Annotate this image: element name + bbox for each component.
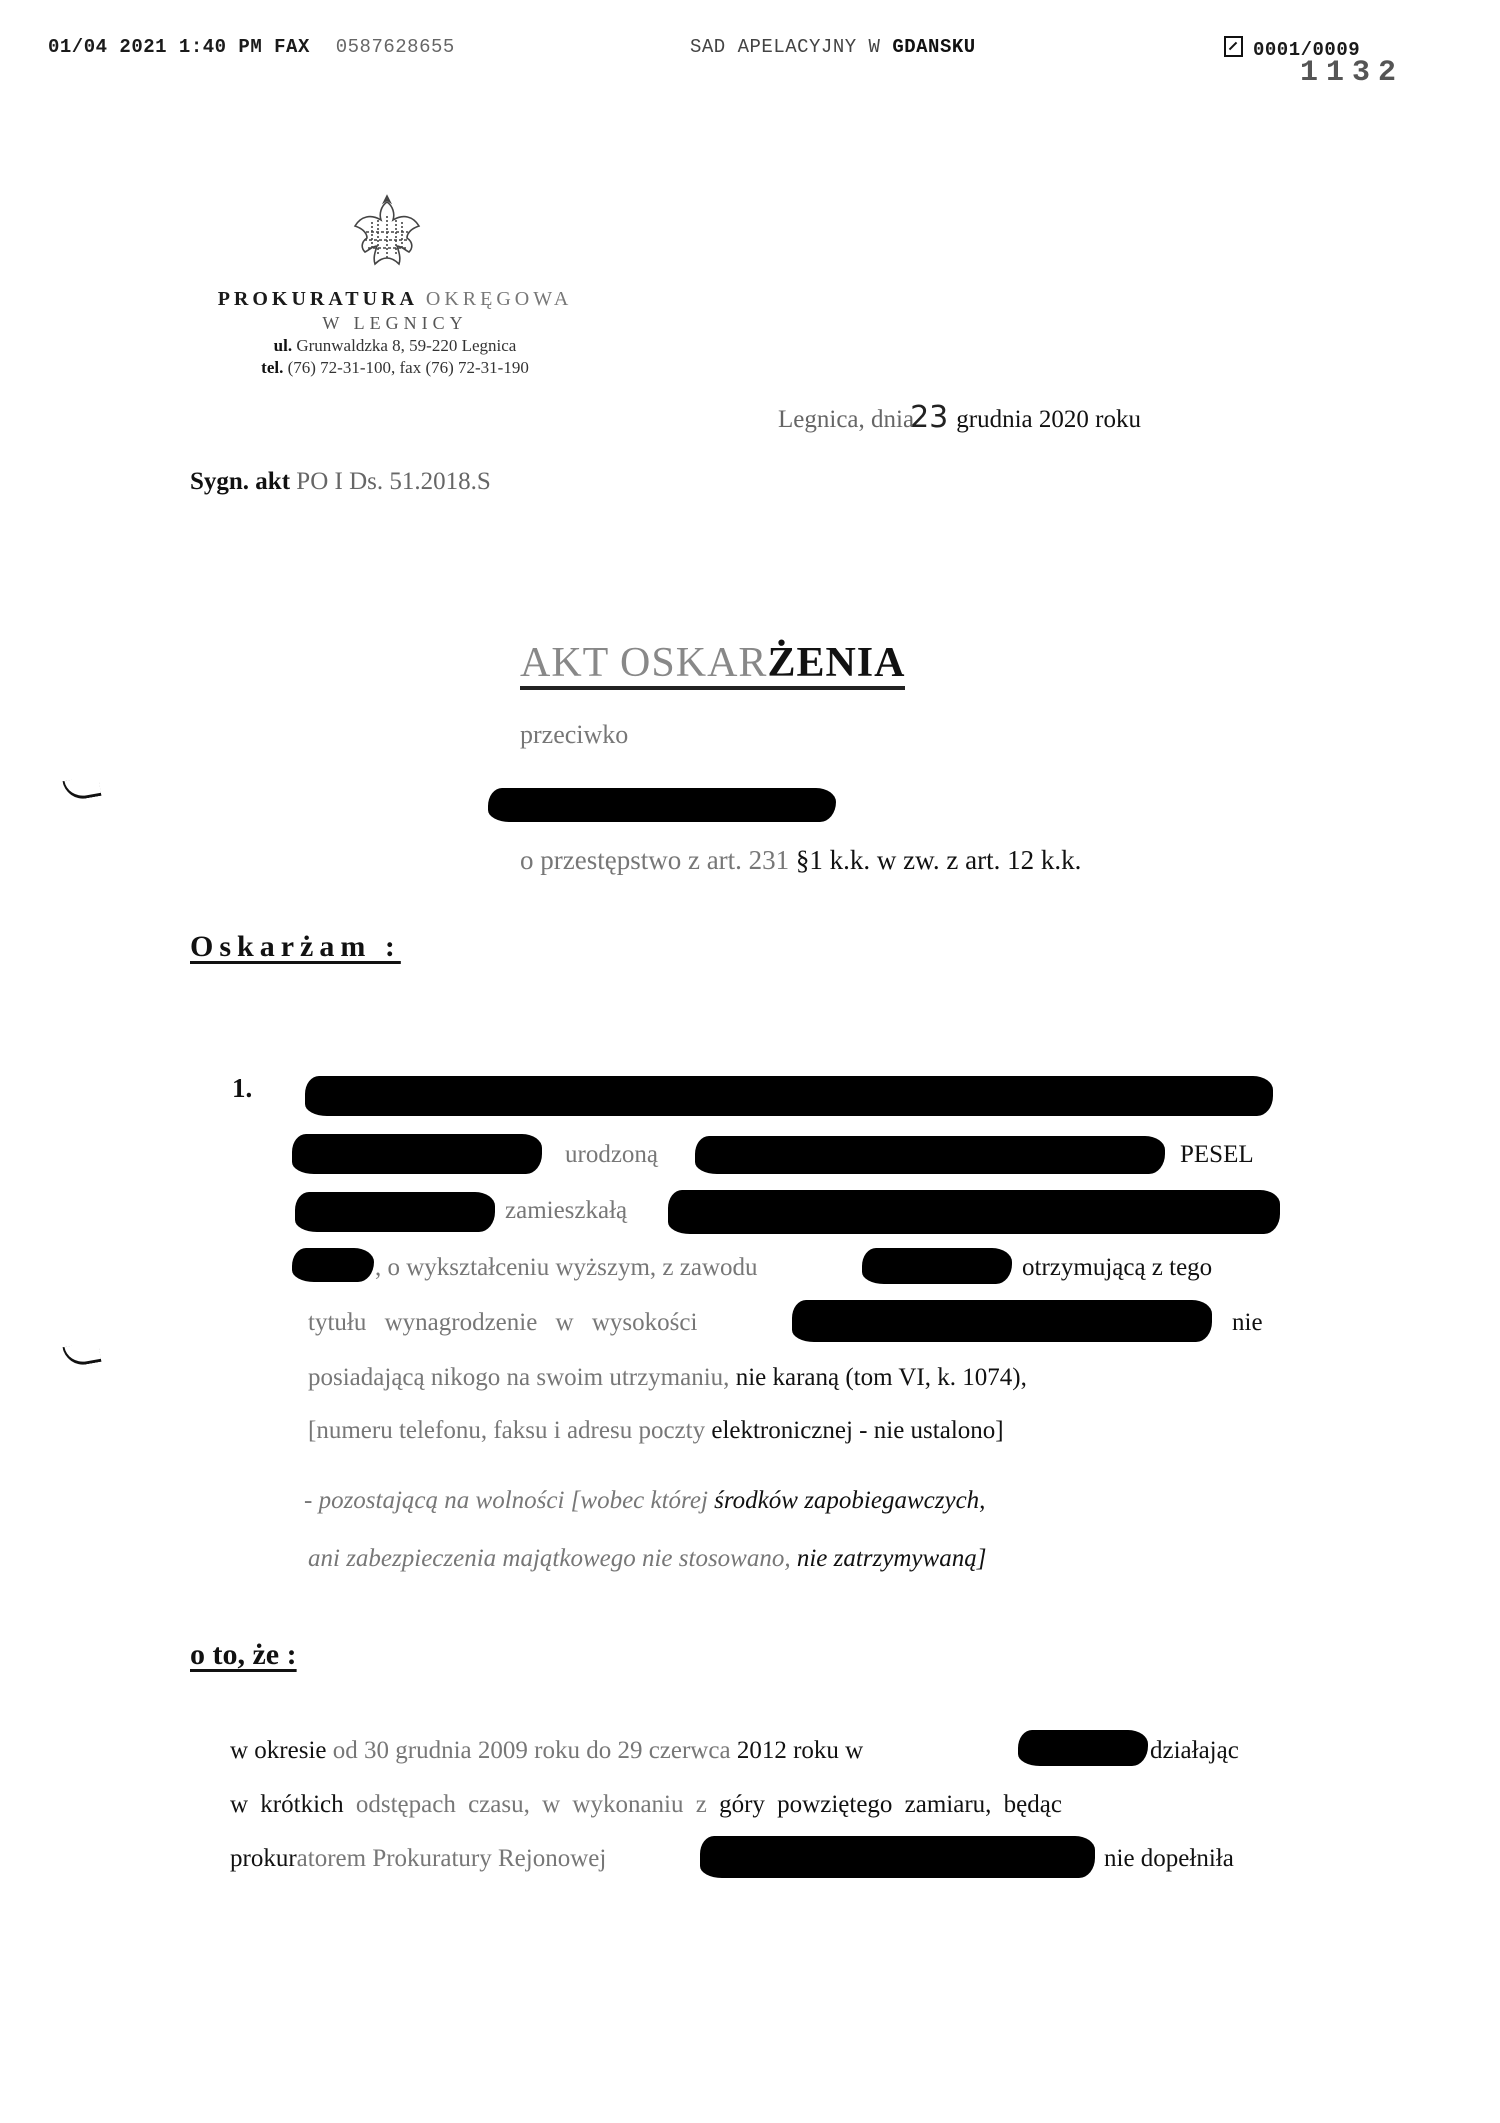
place-label: Legnica, dnia <box>778 406 914 433</box>
education-text: , o wykształceniu wyższym, z zawodu <box>375 1255 758 1280</box>
born-label: urodzoną <box>565 1142 658 1167</box>
acc-l1-start: w okresie <box>230 1737 327 1764</box>
accuse-heading: Oskarżam : <box>190 930 401 964</box>
fax-recipient: SAD APELACYJNY W GDANSKU <box>690 36 976 58</box>
acc-l1-light: od 30 grudnia 2009 roku do 29 czerwca <box>333 1737 731 1764</box>
acc-l3-start: prokur <box>230 1845 297 1872</box>
fax-recipient-prefix: SAD APELACYJNY W <box>690 36 880 58</box>
salary-suffix: nie <box>1232 1310 1263 1335</box>
custody-line-1: - pozostającą na wolności [wobec której … <box>304 1488 985 1513</box>
handwritten-day: 23 <box>910 400 948 435</box>
acc-l2-bold: góry powziętego zamiaru, będąc <box>719 1791 1062 1818</box>
letterhead: PROKURATURA OKRĘGOWA W LEGNICY ul. Grunw… <box>150 288 640 378</box>
charge-line: o przestępstwo z art. 231 §1 k.k. w zw. … <box>520 845 1081 876</box>
fax-recipient-city: GDANSKU <box>892 36 975 58</box>
redaction-salary <box>792 1300 1212 1342</box>
dependents-line: posiadającą nikogo na swoim utrzymaniu, … <box>308 1365 1027 1390</box>
fax-header-datetime: 01/04 2021 1:40 PM FAX 0587628655 <box>48 36 455 58</box>
stamp-number: 1132 <box>1300 56 1404 90</box>
office-name-light: OKRĘGOWA <box>426 288 572 310</box>
accusation-line-3: prokuratorem Prokuratury Rejonowej <box>230 1846 606 1871</box>
redaction-birth-name <box>292 1134 542 1174</box>
acc-l3-light: atorem Prokuratury Rejonowej <box>297 1845 607 1872</box>
charge-light: o przestępstwo z art. 231 <box>520 845 789 875</box>
redaction-district-office <box>700 1836 1095 1878</box>
margin-mark <box>62 1341 101 1368</box>
office-address: ul. Grunwaldzka 8, 59-220 Legnica <box>150 336 640 356</box>
dependents-light: posiadającą nikogo na swoim utrzymaniu, <box>308 1364 729 1391</box>
office-name: PROKURATURA OKRĘGOWA <box>150 288 640 311</box>
office-city: W LEGNICY <box>150 313 640 334</box>
office-name-bold: PROKURATURA <box>218 288 417 310</box>
accusation-line-1: w okresie od 30 grudnia 2009 roku do 29 … <box>230 1738 863 1763</box>
signature-value: PO I Ds. 51.2018.S <box>296 468 490 495</box>
acc-l2-light: odstępach czasu, w wykonaniu z <box>356 1791 707 1818</box>
month-year: grudnia 2020 roku <box>956 406 1141 433</box>
that-heading: o to, że : <box>190 1638 297 1672</box>
acc-l1-year: 2012 roku w <box>737 1737 863 1764</box>
redaction-pesel <box>295 1192 495 1232</box>
salary-label: tytułu wynagrodzenie w wysokości <box>308 1310 697 1335</box>
acc-l2-start: w krótkich <box>230 1791 344 1818</box>
contact-bold: elektronicznej - nie ustalono] <box>711 1417 1003 1444</box>
redaction-birth-place <box>695 1136 1165 1174</box>
pesel-label: PESEL <box>1180 1142 1254 1167</box>
address-prefix: ul. <box>274 336 292 355</box>
redaction-address <box>668 1190 1280 1234</box>
title-light: AKT OSKAR <box>520 640 767 686</box>
custody-line1-light: - pozostającą na wolności [wobec której <box>304 1487 708 1514</box>
address-text: Grunwaldzka 8, 59-220 Legnica <box>296 336 516 355</box>
redaction-full-name <box>305 1076 1273 1116</box>
tel-prefix: tel. <box>261 358 283 377</box>
case-signature: Sygn. akt PO I Ds. 51.2018.S <box>190 468 491 496</box>
custody-line2-bold: nie zatrzymywaną] <box>797 1545 987 1572</box>
checkbox-icon <box>1224 36 1243 57</box>
income-text: otrzymującą z tego <box>1022 1255 1212 1280</box>
fax-number: 0587628655 <box>336 36 455 58</box>
redaction-location <box>1018 1730 1148 1766</box>
redaction-profession <box>862 1248 1012 1284</box>
tel-text: (76) 72-31-100, fax (76) 72-31-190 <box>288 358 529 377</box>
dependents-bold: nie karaną (tom VI, k. 1074), <box>736 1364 1027 1391</box>
fax-datetime: 01/04 2021 1:40 PM FAX <box>48 36 310 58</box>
custody-line1-bold: środków zapobiegawczych, <box>714 1487 985 1514</box>
place-date: Legnica, dnia23grudnia 2020 roku <box>778 400 1141 435</box>
redaction-defendant-name <box>488 788 836 822</box>
custody-line-2: ani zabezpieczenia majątkowego nie stoso… <box>308 1546 986 1571</box>
charge-bold: §1 k.k. w zw. z art. 12 k.k. <box>796 845 1081 875</box>
signature-label: Sygn. akt <box>190 468 290 495</box>
document-title: AKT OSKARŻENIA <box>520 640 905 690</box>
against-label: przeciwko <box>520 720 628 750</box>
acc-l1-end: działając <box>1150 1738 1239 1763</box>
eagle-emblem-icon <box>352 192 422 272</box>
office-phone: tel. (76) 72-31-100, fax (76) 72-31-190 <box>150 358 640 378</box>
acc-l3-end: nie dopełniła <box>1104 1846 1234 1871</box>
contact-light: [numeru telefonu, faksu i adresu poczty <box>308 1417 705 1444</box>
accusation-line-2: w krótkich odstępach czasu, w wykonaniu … <box>230 1792 1062 1817</box>
redaction-address-cont <box>292 1248 374 1282</box>
margin-mark <box>62 775 101 802</box>
residing-label: zamieszkałą <box>505 1198 627 1223</box>
contact-line: [numeru telefonu, faksu i adresu poczty … <box>308 1418 1004 1443</box>
custody-line2-light: ani zabezpieczenia majątkowego nie stoso… <box>308 1545 791 1572</box>
title-bold: ŻENIA <box>767 640 905 686</box>
item-number: 1. <box>232 1073 252 1104</box>
